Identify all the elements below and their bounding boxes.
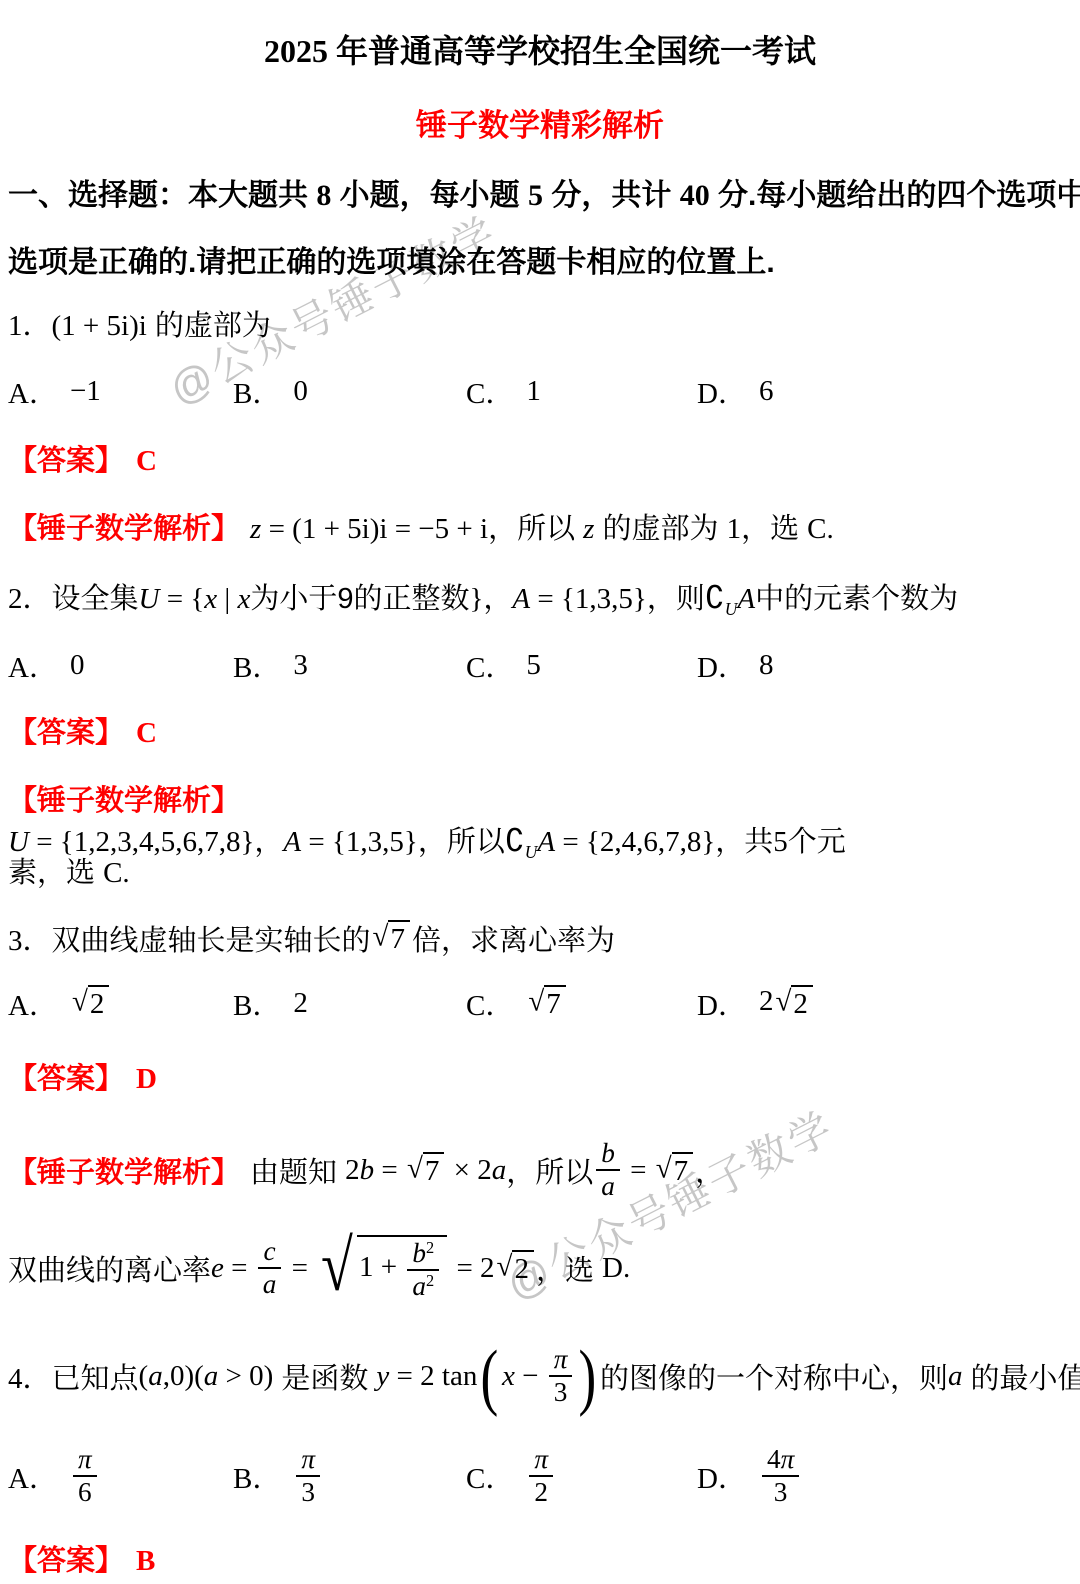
option-b-label: B．	[233, 983, 281, 1024]
option-d-label: D．	[697, 983, 747, 1024]
analysis-label: 【锤子数学解析】	[8, 513, 240, 545]
option-c-label: C．	[466, 983, 514, 1024]
question-1-answer: 【答案】C	[8, 438, 1076, 479]
option-a: A．√2	[8, 976, 111, 1030]
page-title: 2025 年普通高等学校招生全国统一考试	[0, 26, 1080, 72]
answer-label: 【答案】	[8, 1063, 124, 1095]
option-b-value: π3	[293, 1444, 323, 1507]
option-c: C．5	[466, 644, 541, 686]
answer-label: 【答案】	[8, 1545, 124, 1577]
question-1-stem: 1．(1 + 5i)i 的虚部为	[8, 303, 1076, 344]
answer-value: B	[136, 1545, 155, 1577]
answer-value: C	[136, 445, 157, 477]
option-a-label: A．	[8, 645, 58, 686]
option-c-value: π2	[526, 1444, 556, 1507]
option-b-label: B．	[233, 371, 281, 412]
option-b: B．2	[233, 976, 308, 1030]
option-d-label: D．	[697, 371, 747, 412]
option-d: D．8	[697, 644, 773, 686]
option-d: D．4π3	[697, 1430, 802, 1522]
option-d: D．6	[697, 370, 773, 412]
question-2-options: A．0B．3C．5D．8	[8, 644, 1076, 686]
option-c: C．π2	[466, 1430, 556, 1522]
section-heading-line1: 一、选择题：本大题共 8 小题，每小题 5 分，共计 40 分.每小题给出的四个…	[8, 170, 1076, 214]
analysis-label: 【锤子数学解析】	[8, 785, 240, 817]
option-a-label: A．	[8, 1456, 58, 1497]
option-c: C．√7	[466, 976, 568, 1030]
option-c-value: √7	[526, 985, 567, 1021]
option-a: A．π6	[8, 1430, 100, 1522]
answer-value: C	[136, 717, 157, 749]
option-a-value: √2	[70, 985, 111, 1021]
option-c-label: C．	[466, 371, 514, 412]
option-a: A．0	[8, 644, 84, 686]
option-c: C．1	[466, 370, 541, 412]
question-4-answer: 【答案】B	[8, 1538, 1076, 1579]
answer-value: D	[136, 1063, 157, 1095]
option-c-value: 1	[526, 375, 541, 408]
question-2-analysis-continued: 素，选 C.	[8, 850, 1076, 891]
question-3-analysis-line1: 【锤子数学解析】由题知 2b = √7 × 2a，所以ba = √7，	[8, 1122, 1076, 1218]
question-1-options: A．−1B．0C．1D．6	[8, 370, 1076, 412]
option-b-value: 2	[293, 987, 308, 1020]
option-b-label: B．	[233, 1456, 281, 1497]
option-d-value: 6	[759, 375, 774, 408]
analysis-label: 【锤子数学解析】	[8, 1150, 240, 1191]
question-4-options: A．π6B．π3C．π2D．4π3	[8, 1430, 1076, 1522]
option-a-label: A．	[8, 983, 58, 1024]
question-1-analysis: 【锤子数学解析】z = (1 + 5i)i = −5 + i，所以 z 的虚部为…	[8, 506, 1076, 547]
option-d-value: 4π3	[759, 1444, 802, 1507]
option-a: A．−1	[8, 370, 101, 412]
option-c-value: 5	[526, 649, 541, 682]
option-b: B．0	[233, 370, 308, 412]
option-b-label: B．	[233, 645, 281, 686]
question-3-stem: 3．双曲线虚轴长是实轴长的√7倍，求离心率为	[8, 912, 1076, 964]
section-heading-line2: 选项是正确的.请把正确的选项填涂在答题卡相应的位置上.	[8, 237, 1076, 281]
option-c-label: C．	[466, 1456, 514, 1497]
option-d-label: D．	[697, 1456, 747, 1497]
question-2-answer: 【答案】C	[8, 710, 1076, 751]
option-d-value: 8	[759, 649, 774, 682]
question-3-options: A．√2B．2C．√7D．2√2	[8, 976, 1076, 1030]
option-a-value: π6	[70, 1444, 100, 1507]
option-b-value: 0	[293, 375, 308, 408]
option-a-label: A．	[8, 371, 58, 412]
question-2-stem: 2．设全集U = {x | x为小于9的正整数}，A = {1,3,5}，则∁U…	[8, 576, 1076, 620]
option-d-label: D．	[697, 645, 747, 686]
question-3-analysis-line2: 双曲线的离心率e = ca = √1 + b2a2 = 2√2，选 D.	[8, 1218, 1076, 1318]
question-3-answer: 【答案】D	[8, 1056, 1076, 1097]
option-a-value: 0	[70, 649, 85, 682]
option-d: D．2√2	[697, 976, 815, 1030]
option-c-label: C．	[466, 645, 514, 686]
answer-label: 【答案】	[8, 717, 124, 749]
option-d-value: 2√2	[759, 985, 815, 1021]
answer-label: 【答案】	[8, 445, 124, 477]
page-subtitle: 锤子数学精彩解析	[0, 100, 1080, 145]
option-b-value: 3	[293, 649, 308, 682]
option-b: B．π3	[233, 1430, 323, 1522]
question-4-stem: 4．已知点(a,0)(a > 0) 是函数 y = 2 tan(x − π3)的…	[8, 1326, 1076, 1426]
option-b: B．3	[233, 644, 308, 686]
analysis-content: 由题知 2b = √7 × 2a，所以ba = √7，	[250, 1138, 724, 1201]
option-a-value: −1	[70, 375, 101, 408]
analysis-content: z = (1 + 5i)i = −5 + i，所以 z 的虚部为 1，选 C.	[250, 513, 834, 545]
